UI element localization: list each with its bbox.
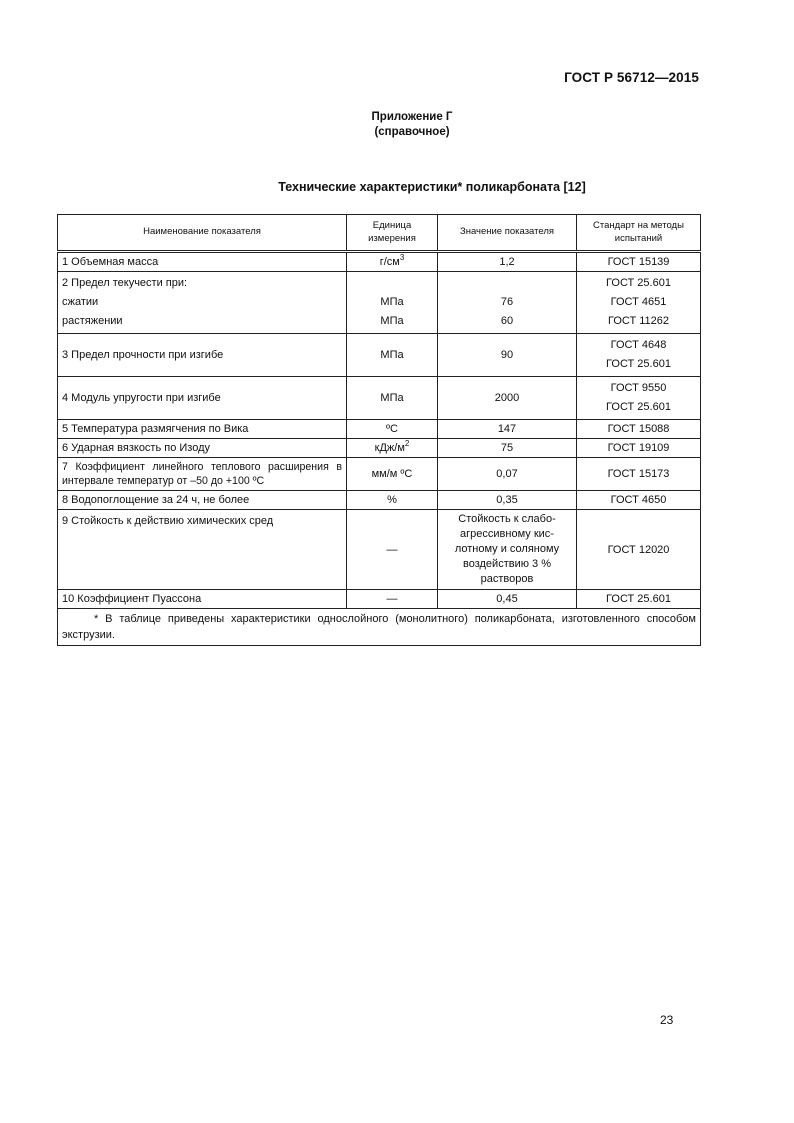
row-standard: ГОСТ 15173 — [577, 458, 701, 491]
row-unit: МПа МПа — [347, 272, 438, 334]
document-code: ГОСТ Р 56712—2015 — [564, 70, 699, 85]
table-row: 10 Коэффициент Пуассона — 0,45 ГОСТ 25.6… — [58, 590, 701, 609]
row-unit: ºС — [347, 420, 438, 439]
row-standard: ГОСТ 15139 — [577, 252, 701, 272]
table-row: 3 Предел прочности при изгибе МПа 90 ГОС… — [58, 334, 701, 377]
row-unit: МПа — [347, 334, 438, 377]
appendix-subtitle: (справочное) — [30, 125, 794, 140]
row-subname: растяжении — [62, 312, 342, 331]
row-name: 9 Стойкость к действию химических сред — [58, 510, 347, 590]
row-value: 2000 — [438, 377, 577, 420]
table-row: 8 Водопоглощение за 24 ч, не более % 0,3… — [58, 491, 701, 510]
page-number: 23 — [660, 1013, 673, 1027]
table-row: 6 Ударная вязкость по Изоду кДж/м2 75 ГО… — [58, 439, 701, 458]
row-unit: г/см3 — [347, 252, 438, 272]
row-value: 0,07 — [438, 458, 577, 491]
row-name: 8 Водопоглощение за 24 ч, не более — [58, 491, 347, 510]
table-row: 5 Температура размягчения по Вика ºС 147… — [58, 420, 701, 439]
row-standard: ГОСТ 15088 — [577, 420, 701, 439]
row-name: 5 Температура размягчения по Вика — [58, 420, 347, 439]
row-standard: ГОСТ 9550 ГОСТ 25.601 — [577, 377, 701, 420]
row-name: 3 Предел прочности при изгибе — [58, 334, 347, 377]
row-unit: кДж/м2 — [347, 439, 438, 458]
row-value: 0,45 — [438, 590, 577, 609]
row-unit: МПа — [347, 377, 438, 420]
appendix-heading: Приложение Г (справочное) — [0, 110, 794, 140]
row-unit: — — [347, 510, 438, 590]
table-row: 2 Предел текучести при: сжатии растяжени… — [58, 272, 701, 334]
table-footnote-row: * В таблице приведены характеристики одн… — [58, 609, 701, 646]
row-standard: ГОСТ 25.601 — [577, 590, 701, 609]
row-standard: ГОСТ 4650 — [577, 491, 701, 510]
row-value: 90 — [438, 334, 577, 377]
table-row: 1 Объемная масса г/см3 1,2 ГОСТ 15139 — [58, 252, 701, 272]
table-title: Технические характеристики* поликарбонат… — [35, 180, 794, 194]
row-value: 1,2 — [438, 252, 577, 272]
row-name-main: 2 Предел текучести при: — [62, 274, 342, 293]
row-unit: % — [347, 491, 438, 510]
row-standard: ГОСТ 19109 — [577, 439, 701, 458]
column-header-unit: Единица измерения — [347, 215, 438, 252]
table-row: 4 Модуль упругости при изгибе МПа 2000 Г… — [58, 377, 701, 420]
row-standard: ГОСТ 12020 — [577, 510, 701, 590]
row-unit: мм/м ºС — [347, 458, 438, 491]
row-unit: — — [347, 590, 438, 609]
row-name: 7 Коэффициент линейного теплового расшир… — [58, 458, 347, 491]
row-value: Стойкость к слабо-агрессивному кис-лотно… — [438, 510, 577, 590]
table-row: 7 Коэффициент линейного теплового расшир… — [58, 458, 701, 491]
row-name: 4 Модуль упругости при изгибе — [58, 377, 347, 420]
row-value: 147 — [438, 420, 577, 439]
table-header-row: Наименование показателя Единица измерени… — [58, 215, 701, 252]
row-value: 75 — [438, 439, 577, 458]
row-value: 0,35 — [438, 491, 577, 510]
row-standard: ГОСТ 25.601 ГОСТ 4651 ГОСТ 11262 — [577, 272, 701, 334]
specifications-table: Наименование показателя Единица измерени… — [57, 214, 701, 646]
row-name: 2 Предел текучести при: сжатии растяжени… — [58, 272, 347, 334]
column-header-standard: Стандарт на методы испытаний — [577, 215, 701, 252]
row-value: 76 60 — [438, 272, 577, 334]
footnote-text: * В таблице приведены характеристики одн… — [62, 613, 696, 641]
row-name: 10 Коэффициент Пуассона — [58, 590, 347, 609]
row-subname: сжатии — [62, 293, 342, 312]
column-header-name: Наименование показателя — [58, 215, 347, 252]
column-header-value: Значение показателя — [438, 215, 577, 252]
row-standard: ГОСТ 4648 ГОСТ 25.601 — [577, 334, 701, 377]
appendix-title: Приложение Г — [30, 110, 794, 125]
table-footnote: * В таблице приведены характеристики одн… — [58, 609, 701, 646]
row-name: 6 Ударная вязкость по Изоду — [58, 439, 347, 458]
row-name: 1 Объемная масса — [58, 252, 347, 272]
table-row: 9 Стойкость к действию химических сред —… — [58, 510, 701, 590]
